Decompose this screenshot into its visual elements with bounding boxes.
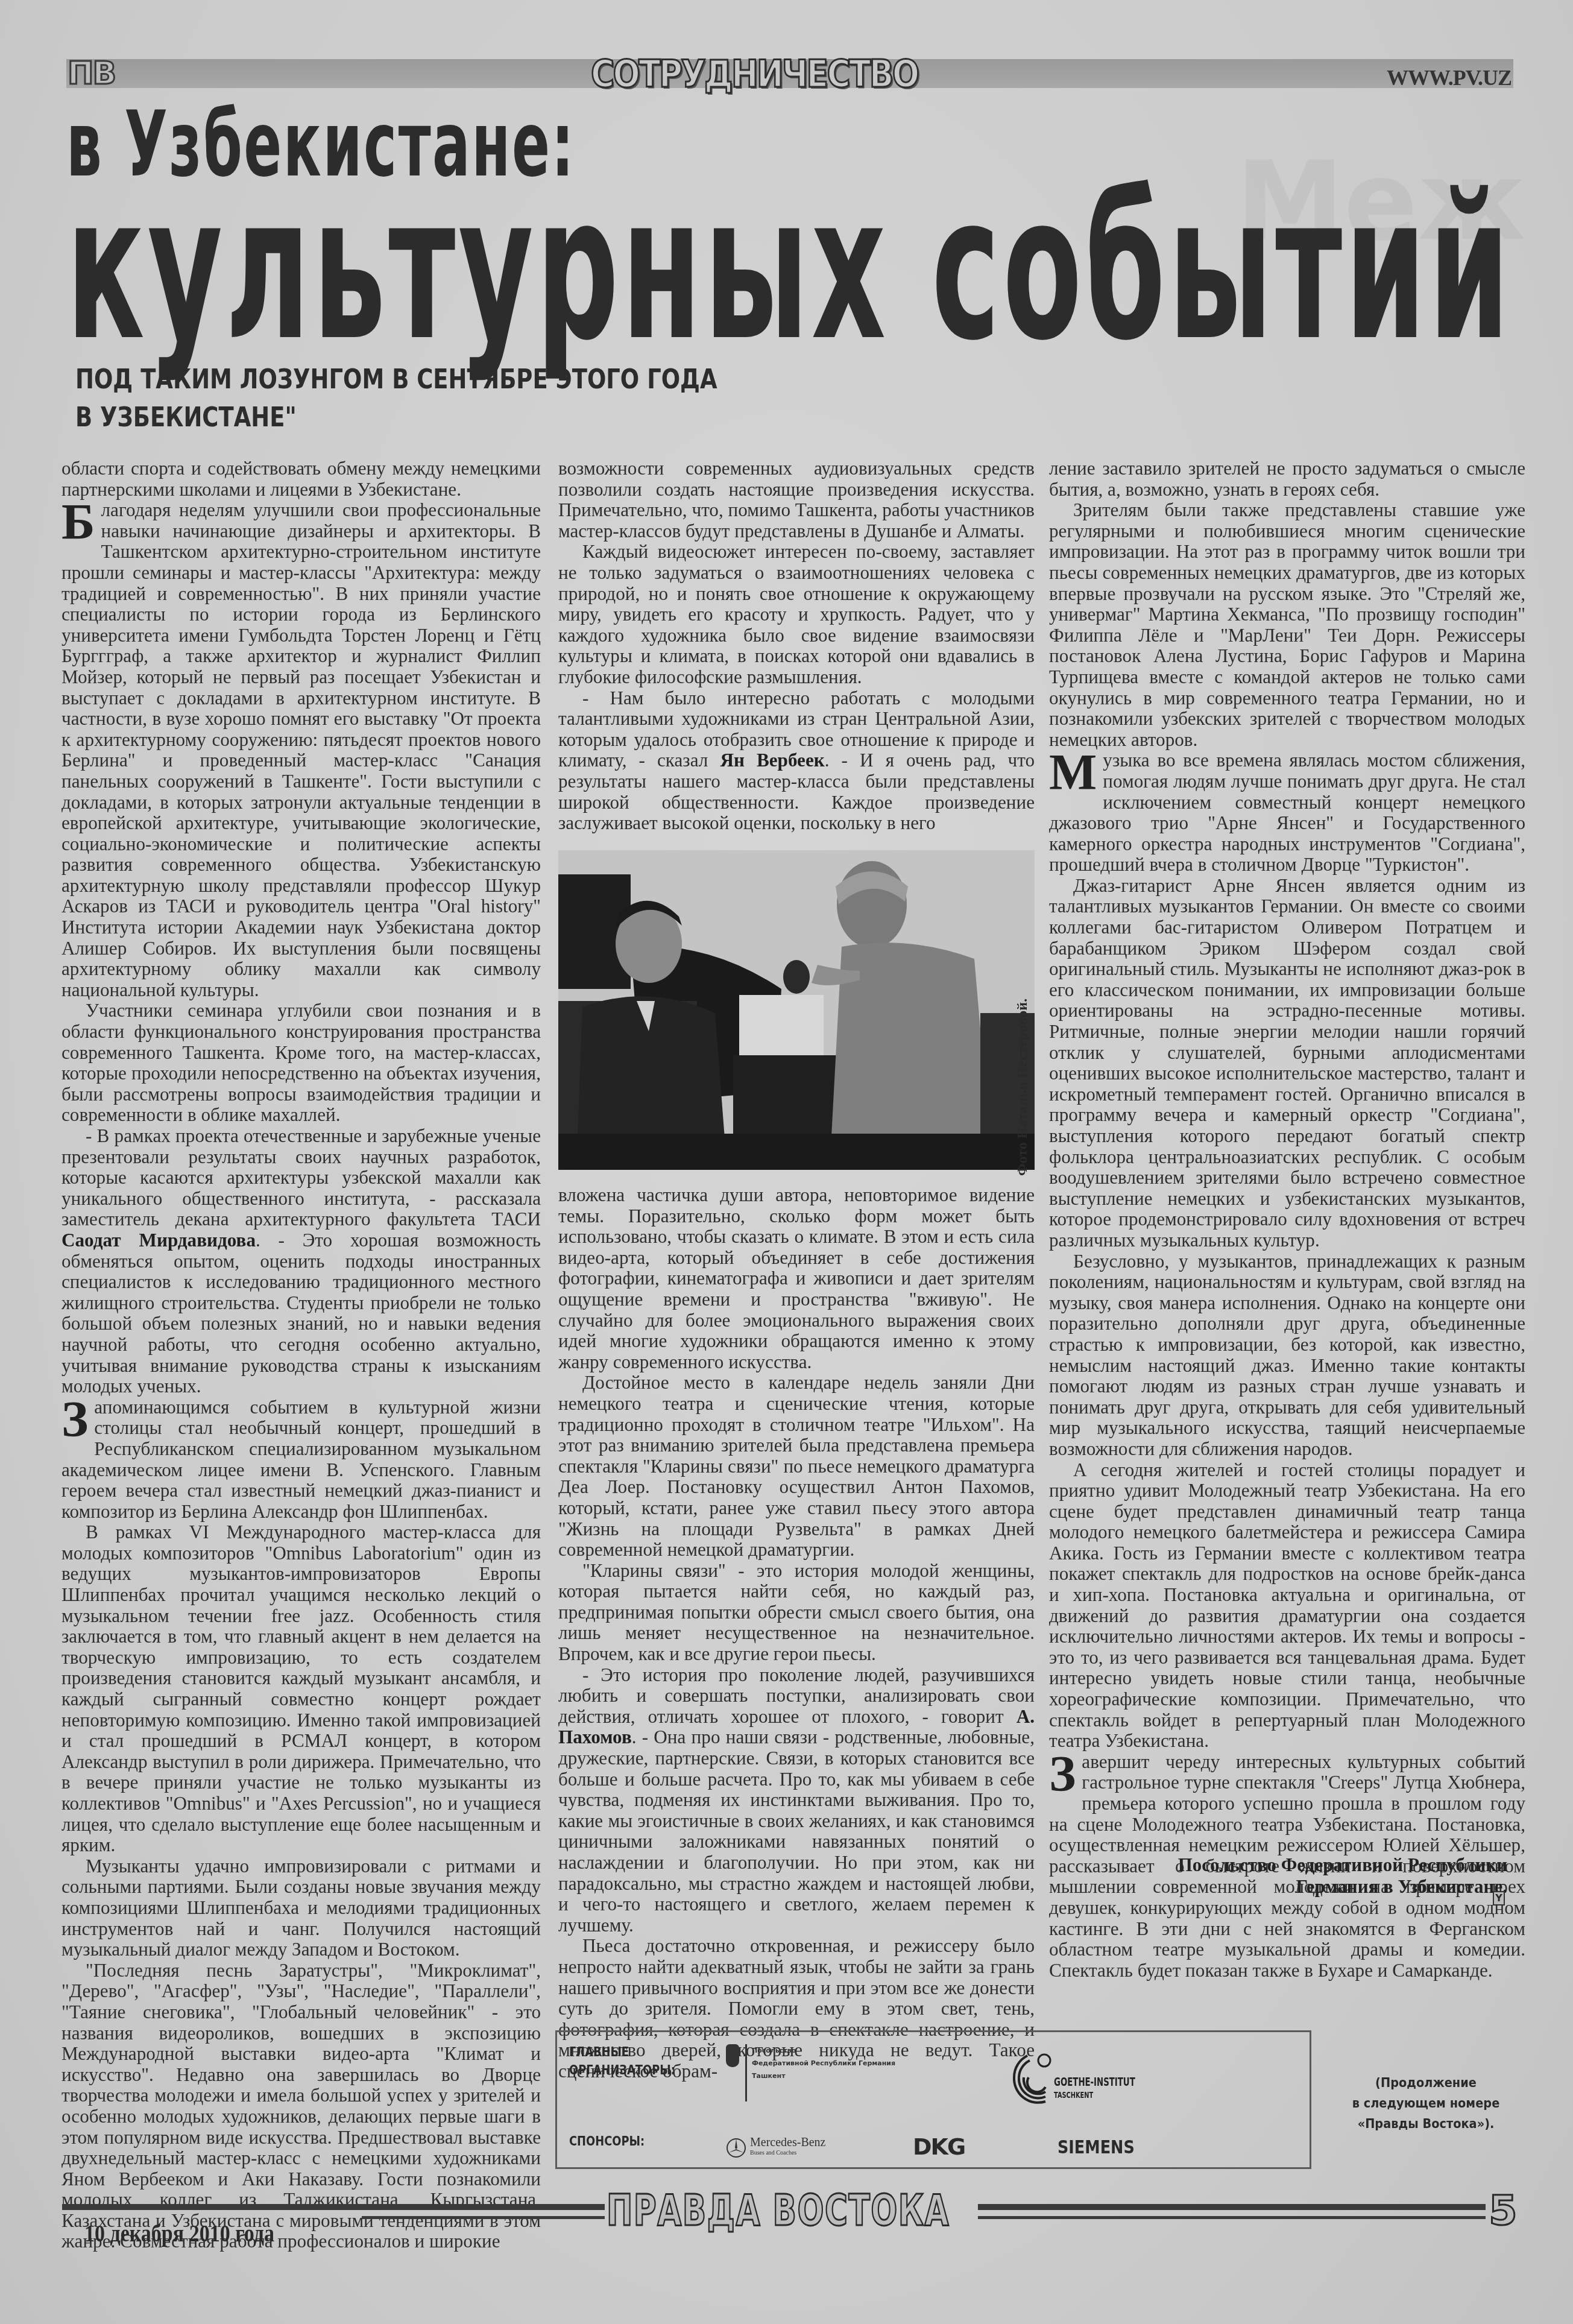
goethe-institut-logo[interactable]: GOETHE-INSTITUT TASCHKENT [1009, 2047, 1170, 2105]
paragraph: Музыка во все времена являлась мостом сб… [1049, 750, 1525, 876]
page-number: 5 [1488, 2190, 1518, 2232]
embassy-logo-text: Посольство Федеративной Республики Герма… [752, 2044, 895, 2105]
goethe-arcs-icon [1009, 2047, 1051, 2105]
footer-rule-thin [362, 2216, 605, 2219]
paragraph: "Кларины связи" - это история молодой же… [558, 1561, 1035, 1665]
photo-musicians-image [558, 850, 1035, 1170]
mercedes-star-icon [726, 2130, 746, 2166]
quoted-person-name: Ян Вербеек [720, 750, 824, 771]
footer-rule [978, 2204, 1486, 2210]
divider [745, 2044, 747, 2101]
paragraph: Музыканты удачно импровизировали с ритма… [61, 1856, 541, 1960]
paragraph-text: лагодаря неделям улучшили свои профессио… [61, 499, 541, 1000]
mercedes-line-1: Mercedes-Benz [750, 2137, 826, 2148]
sponsors-label: СПОНСОРЫ: [569, 2132, 645, 2150]
embassy-line-2: Федеративной Республики Германия [752, 2057, 895, 2070]
paragraph-text: апоминающимся событием в культурной жизн… [61, 1397, 541, 1522]
article-signature: Посольство Федеративной Республики Герма… [1085, 1854, 1507, 1898]
continued-line-1: (Продолжение [1346, 2073, 1505, 2094]
paragraph: области спорта и содействовать обмену ме… [61, 458, 541, 500]
paragraph-text: узыка во все времена являлась мостом сбл… [1049, 750, 1525, 875]
footer-rule [62, 2204, 605, 2210]
paragraph: Благодаря неделям улучшили свои професси… [61, 500, 541, 1000]
footer-rule-thin [978, 2216, 1486, 2219]
embassy-line-3: Ташкент [752, 2070, 895, 2082]
paragraph: А сегодня жителей и гостей столицы порад… [1049, 1460, 1525, 1752]
paragraph: Джаз-гитарист Арне Янсен является одним … [1049, 876, 1525, 1251]
drop-cap: З [61, 1400, 88, 1441]
paragraph: вложена частичка души автора, неповторим… [558, 1185, 1035, 1372]
subheadline: ПОД ТАКИМ ЛОЗУНГОМ В СЕНТЯБРЕ ЭТОГО ГОДА… [75, 361, 784, 437]
embassy-logo[interactable]: Посольство Федеративной Республики Герма… [726, 2044, 895, 2105]
paragraph: Участники семинара углубили свои познани… [61, 1000, 541, 1126]
newspaper-masthead: ПРАВДА ВОСТОКА [607, 2189, 872, 2231]
drop-cap: М [1049, 753, 1097, 794]
drop-cap: Б [61, 502, 95, 543]
subheadline-line-2: В УЗБЕКИСТАНЕ" [75, 399, 784, 437]
paragraph: Каждый видеосюжет интересен по-своему, з… [558, 542, 1035, 687]
quoted-person-name: Саодат Мирдавидова [61, 1230, 256, 1251]
continued-line-2: в следующем номере [1346, 2094, 1505, 2114]
paragraph: Запоминающимся событием в культурной жиз… [61, 1397, 541, 1523]
paragraph: Зрителям были также представлены ставшие… [1049, 500, 1525, 750]
continued-notice: (Продолжение в следующем номере «Правды … [1346, 2073, 1505, 2135]
paragraph: - В рамках проекта отечественные и заруб… [61, 1126, 541, 1397]
drop-cap: З [1049, 1754, 1076, 1795]
article-photo[interactable] [558, 850, 1035, 1170]
article-column-2-upper: возможности современных аудиовизуальных … [558, 458, 1035, 834]
article-column-2-lower: вложена частичка души автора, неповторим… [558, 1185, 1035, 2082]
goethe-line-2: TASCHKENT [1054, 2089, 1135, 2102]
organizers-label-line-1: ГЛАВНЫЕ [569, 2043, 675, 2061]
section-title: СОТРУДНИЧЕСТВО [591, 53, 918, 95]
article-column-3: ление заставило зрителей не просто задум… [1049, 458, 1525, 1981]
subheadline-line-1: ПОД ТАКИМ ЛОЗУНГОМ В СЕНТЯБРЕ ЭТОГО ГОДА [75, 361, 784, 399]
article-column-1: области спорта и содействовать обмену ме… [61, 458, 541, 2252]
organizers-label: ГЛАВНЫЕ ОРГАНИЗАТОРЫ: [569, 2043, 675, 2079]
dkg-logo[interactable]: DKG [913, 2133, 965, 2160]
embassy-line-1: Посольство [752, 2044, 895, 2057]
paragraph: возможности современных аудиовизуальных … [558, 458, 1035, 542]
photo-credit: Фото Натальи Нестеровой. [1015, 862, 1033, 1176]
site-url[interactable]: WWW.PV.UZ [1387, 65, 1512, 90]
goethe-line-1: GOETHE-INSTITUT [1054, 2076, 1135, 2089]
continued-line-3: «Правды Востока»). [1346, 2114, 1505, 2135]
paragraph-text: - Это история про поколение людей, разуч… [558, 1664, 1035, 1727]
sponsors-box: ГЛАВНЫЕ ОРГАНИЗАТОРЫ: Посольство Федерат… [555, 2030, 1311, 2169]
newspaper-page: ПВ СОТРУДНИЧЕСТВО WWW.PV.UZ Меж в Узбеки… [0, 0, 1573, 2324]
publication-date: 10 декабря 2010 года [84, 2219, 274, 2247]
paragraph: - Нам было интересно работать с молодыми… [558, 688, 1035, 834]
siemens-logo[interactable]: SIEMENS [1058, 2137, 1135, 2158]
mercedes-line-2: Buses and Coaches [750, 2148, 826, 2159]
paragraph: Безусловно, у музыкантов, принадлежащих … [1049, 1251, 1525, 1460]
paragraph: Достойное место в календаре недель занял… [558, 1372, 1035, 1560]
end-of-article-icon: Y [1493, 1891, 1505, 1906]
mercedes-logo-text: Mercedes-Benz Buses and Coaches [750, 2137, 826, 2159]
paragraph: - Это история про поколение людей, разуч… [558, 1665, 1035, 1936]
goethe-logo-text: GOETHE-INSTITUT TASCHKENT [1054, 2076, 1135, 2102]
paragraph-text: . - Это хорошая возможность обменяться о… [61, 1230, 541, 1397]
newspaper-logo: ПВ [68, 57, 115, 90]
paragraph-text: - В рамках проекта отечественные и заруб… [61, 1125, 541, 1230]
headline-line-2: культурных событий [66, 154, 1512, 383]
federal-eagle-icon [726, 2044, 739, 2067]
paragraph-text: . - Она про наши связи - родственные, лю… [558, 1726, 1035, 1935]
signature-line-2: Германия в Узбекистане. [1085, 1876, 1507, 1898]
organizers-label-line-2: ОРГАНИЗАТОРЫ: [569, 2061, 675, 2079]
signature-line-1: Посольство Федеративной Республики [1085, 1854, 1507, 1876]
paragraph: В рамках VI Международного мастер-класса… [61, 1522, 541, 1856]
mercedes-benz-logo[interactable]: Mercedes-Benz Buses and Coaches [726, 2130, 826, 2166]
paragraph: ление заставило зрителей не просто задум… [1049, 458, 1525, 500]
